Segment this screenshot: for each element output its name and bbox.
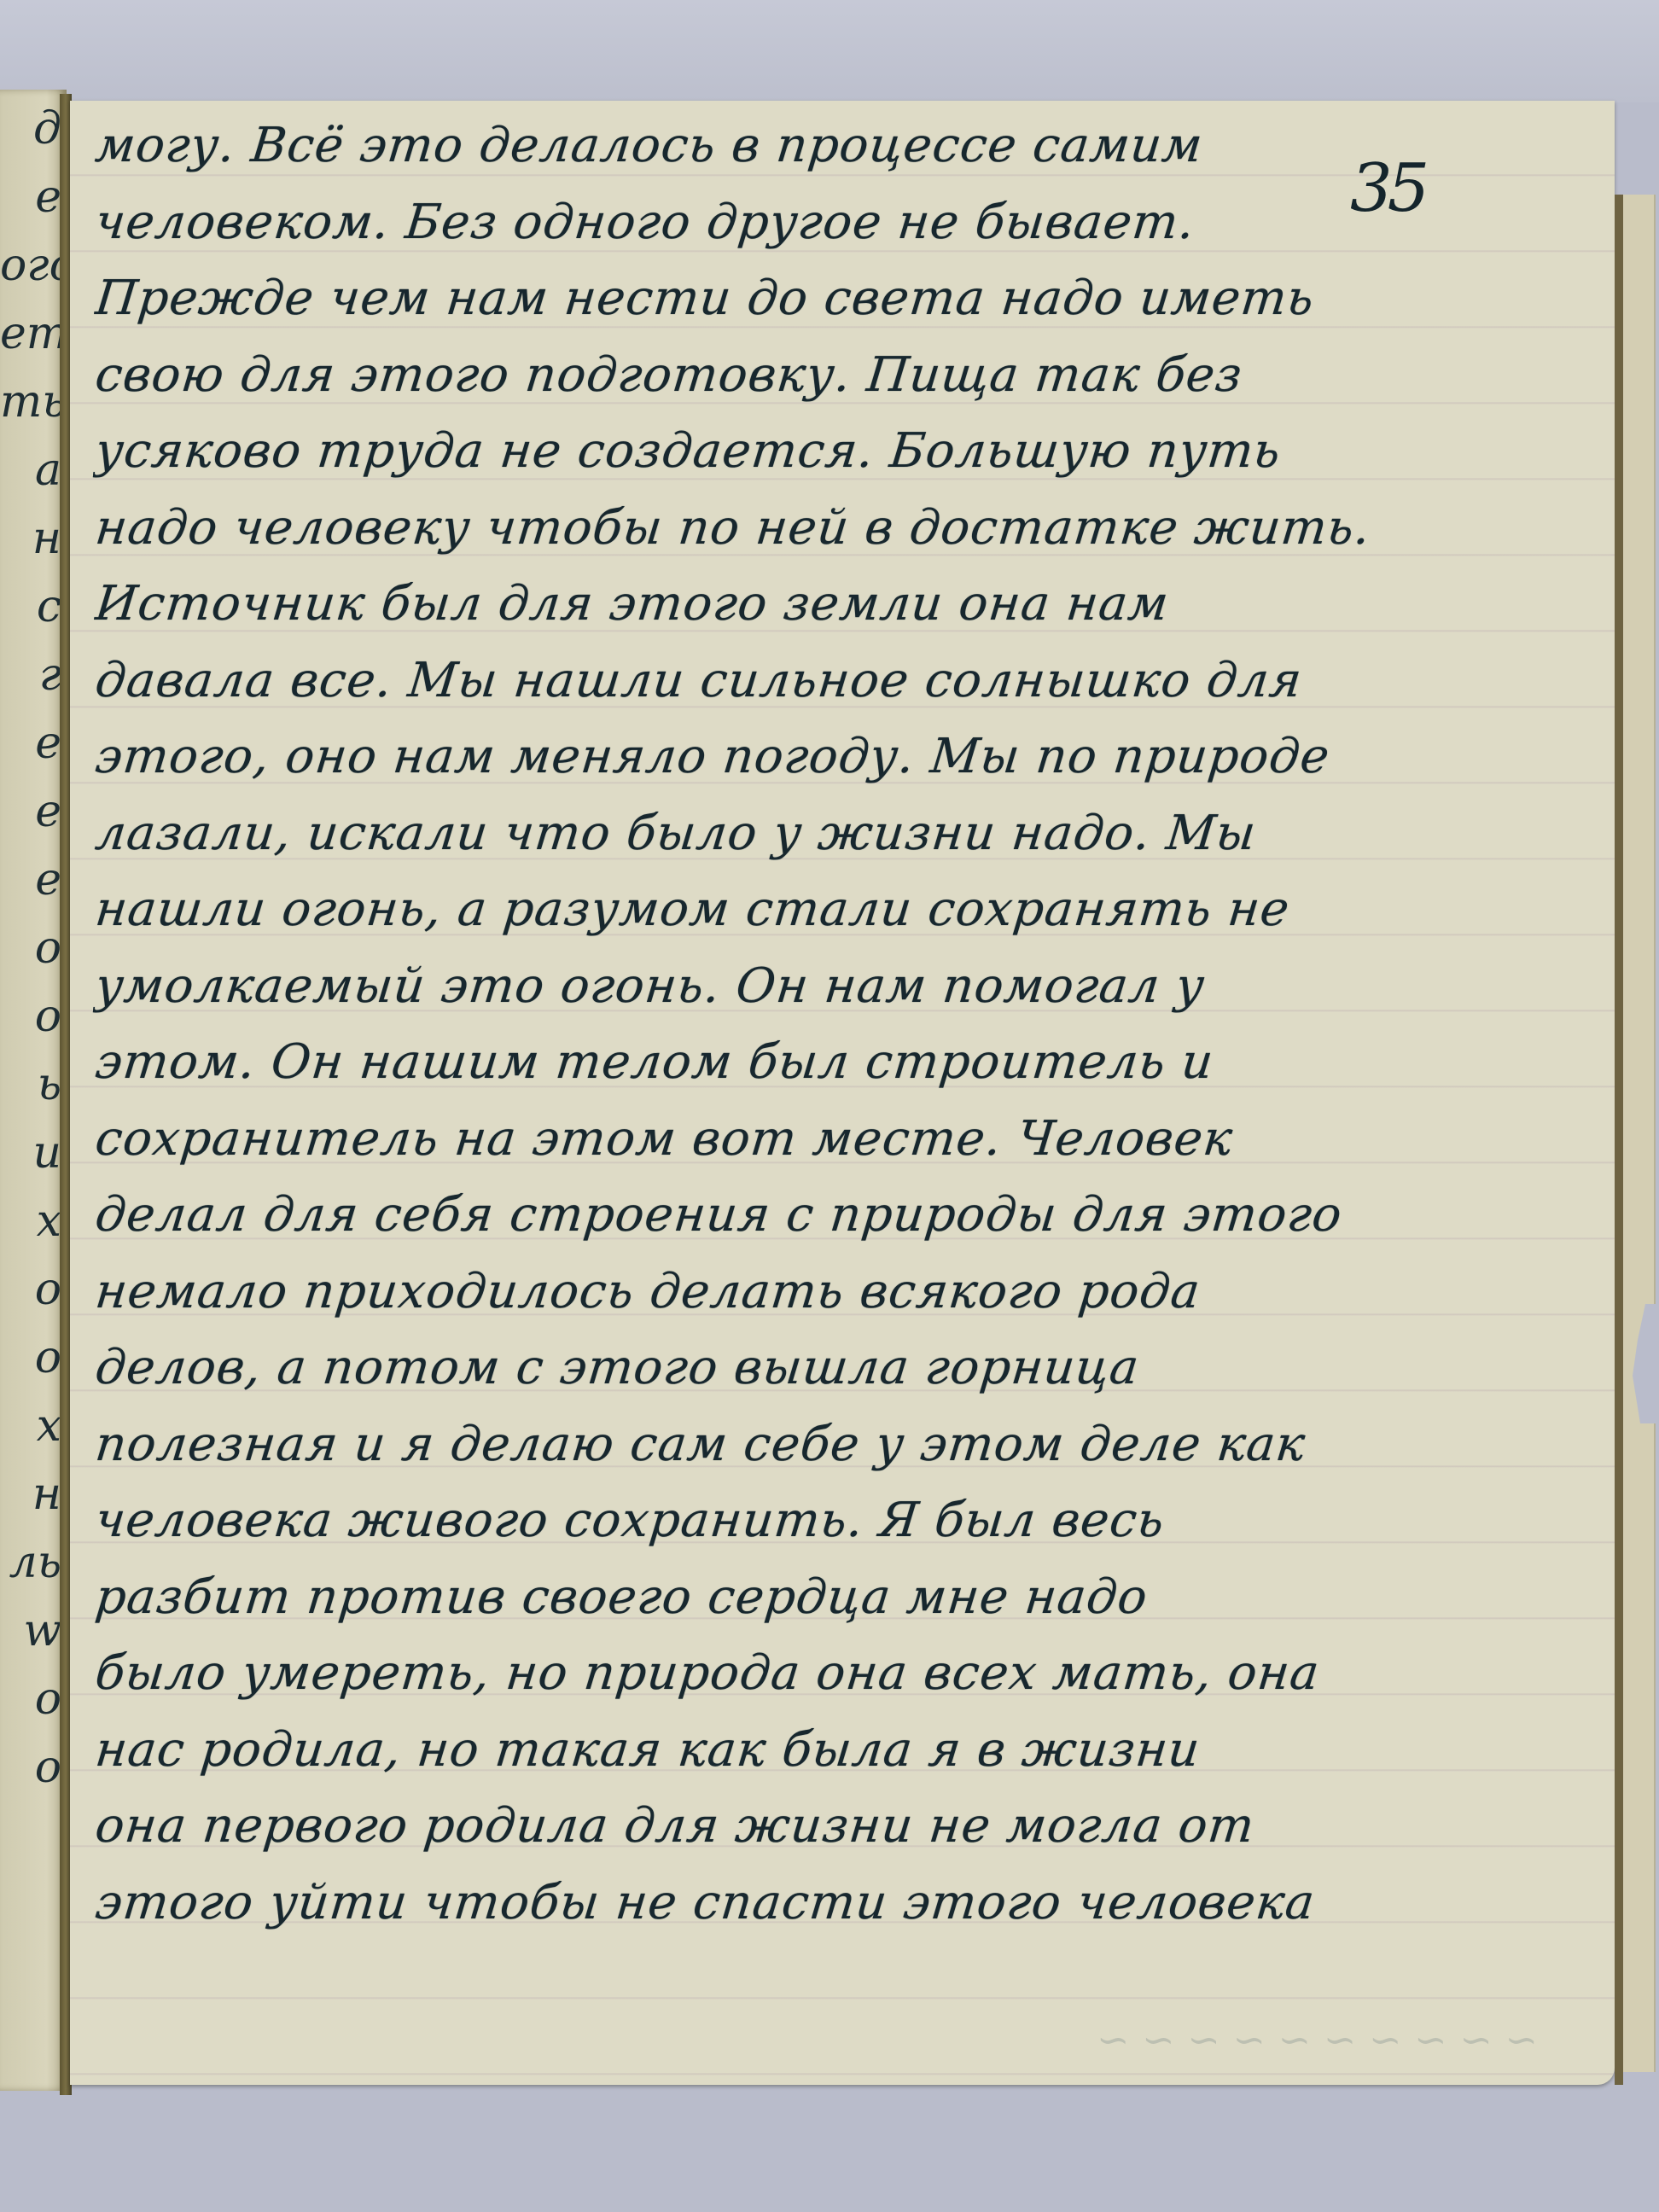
previous-page-glyph: д [0,107,61,151]
handwritten-line: надо человеку чтобы по ней в достатке жи… [91,490,1592,567]
handwritten-line: лазали, искали что было у жизни надо. Мы [91,795,1592,872]
handwritten-text: могу. Всё это делалось в процессе самимч… [96,108,1589,1941]
previous-page-glyph: е [0,858,61,902]
previous-page-glyph: х [0,1199,61,1243]
previous-page-glyph: о [0,994,61,1039]
previous-page-glyph: о [0,926,61,970]
previous-page-glyph: н [0,1472,61,1516]
previous-page-glyph: е [0,789,61,834]
handwritten-line: умолкаемый это огонь. Он нам помогал у [91,948,1592,1025]
previous-page-glyph: х [0,1404,61,1448]
previous-page-glyph: с [0,585,61,629]
handwritten-line: усяково труда не создается. Большую путь [91,413,1592,490]
previous-page-glyph: н [0,516,61,561]
handwritten-line: делов, а потом с этого вышла горница [91,1330,1592,1406]
handwritten-line: Источник был для этого земли она нам [91,566,1592,643]
previous-page-glyph: w [0,1609,61,1653]
previous-page-glyph: о [0,1336,61,1380]
handwritten-line: полезная и я делаю сам себе у этом деле … [91,1406,1592,1483]
previous-page-text-fragments: деогоеттьансгеееооьихоохнльwоо [0,107,67,1790]
handwritten-line: человеком. Без одного другое не бывает. [91,184,1592,261]
page-stack-edge [1621,195,1656,2072]
previous-page-glyph: е [0,175,61,219]
handwritten-line: нас родила, но такая как была я в жизни [91,1712,1592,1789]
handwritten-line: свою для этого подготовку. Пища так без [91,337,1592,414]
ink-show-through: ~ ~ ~ ~ ~ ~ ~ ~ ~ ~ [172,2017,1538,2063]
handwritten-line: человека живого сохранить. Я был весь [91,1482,1592,1559]
previous-page-glyph: а [0,448,61,492]
previous-page-glyph: е [0,721,61,765]
previous-page-glyph: о [0,1677,61,1721]
handwritten-line: давала все. Мы нашли сильное солнышко дл… [91,643,1592,719]
previous-page-glyph: ого [0,243,61,288]
previous-page-glyph: ет [0,311,61,356]
cover-edge [1615,195,1623,2085]
previous-page-glyph: о [0,1267,61,1312]
previous-page-edge: деогоеттьансгеееооьихоохнльwоо [0,90,67,2091]
handwritten-line: было умереть, но природа она всех мать, … [91,1635,1592,1712]
handwritten-line: этого уйти чтобы не спасти этого человек… [91,1865,1592,1941]
handwritten-line: разбит против своего сердца мне надо [91,1559,1592,1636]
previous-page-glyph: г [0,653,61,697]
previous-page-glyph: ть [0,380,61,424]
previous-page-glyph: ль [0,1540,61,1585]
previous-page-glyph: ь [0,1062,61,1107]
handwritten-line: Прежде чем нам нести до света надо иметь [91,260,1592,337]
previous-page-glyph: и [0,1131,61,1175]
photo-background [0,0,1659,102]
handwritten-line: сохранитель на этом вот месте. Человек [91,1101,1592,1178]
handwritten-line: она первого родила для жизни не могла от [91,1788,1592,1865]
notebook-page: 35 могу. Всё это делалось в процессе сам… [70,101,1615,2085]
handwritten-line: немало приходилось делать всякого рода [91,1254,1592,1330]
handwritten-line: могу. Всё это делалось в процессе самим [91,108,1592,184]
handwritten-line: делал для себя строения с природы для эт… [91,1177,1592,1254]
previous-page-glyph: о [0,1745,61,1790]
handwritten-line: этом. Он нашим телом был строитель и [91,1024,1592,1101]
handwritten-line: этого, оно нам меняло погоду. Мы по прир… [91,719,1592,795]
handwritten-line: нашли огонь, а разумом стали сохранять н… [91,871,1592,948]
